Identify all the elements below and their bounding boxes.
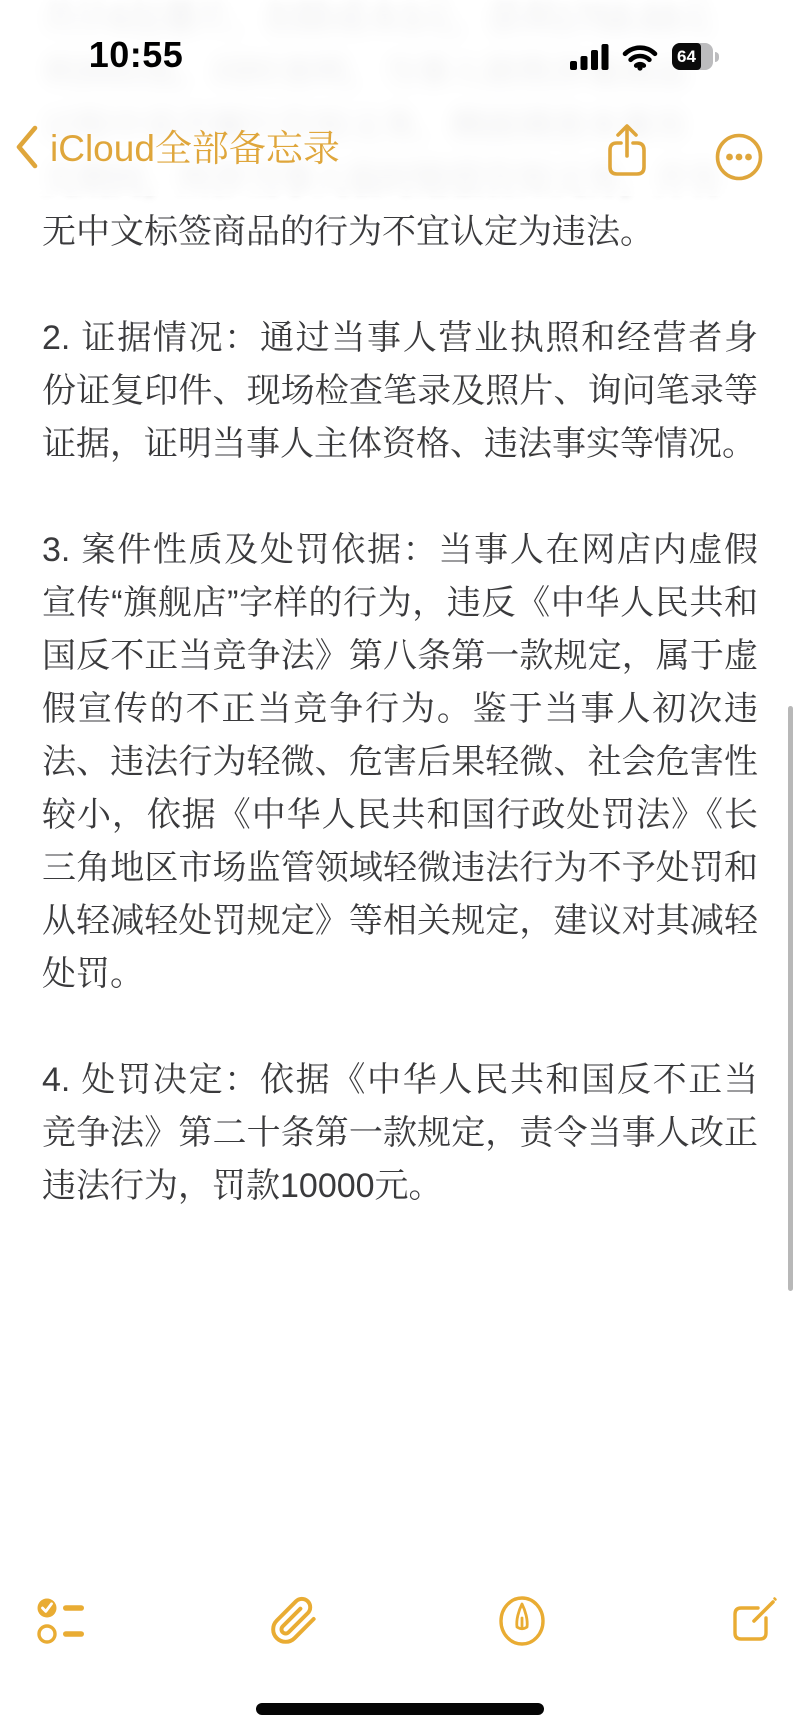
- share-button[interactable]: [604, 122, 650, 185]
- back-chevron-icon: [14, 124, 40, 175]
- back-button[interactable]: iCloud全部备忘录: [14, 120, 340, 178]
- share-icon: [604, 122, 650, 180]
- compose-button[interactable]: [728, 1596, 778, 1646]
- note-paragraph-3: 3. 案件性质及处罚依据：当事人在网店内虚假宣传“旗舰店”字样的行为，违反《中华…: [42, 524, 758, 1001]
- back-button-label: iCloud全部备忘录: [50, 120, 340, 178]
- markup-pen-icon: [497, 1596, 547, 1646]
- cellular-signal-icon: [570, 44, 610, 75]
- note-paragraph-2: 2. 证据情况：通过当事人营业执照和经营者身份证复印件、现场检查笔录及照片、询问…: [42, 312, 758, 471]
- scrollbar[interactable]: [788, 706, 793, 1291]
- more-button[interactable]: [715, 133, 763, 186]
- attachment-button[interactable]: [269, 1596, 319, 1646]
- note-paragraph-4: 4. 处罚决定：依据《中华人民共和国反不正当竞争法》第二十条第一款规定，责令当事…: [42, 1054, 758, 1213]
- checklist-button[interactable]: [36, 1596, 86, 1646]
- wifi-icon: [622, 45, 658, 76]
- paperclip-icon: [269, 1596, 319, 1646]
- notes-app-screen: 共计6包薯片，扣除成本3元，获利1758.69元 利润较低。同时查明，当事人销售…: [0, 0, 800, 1734]
- battery-icon: 64: [672, 43, 722, 70]
- header: 10:55 64: [0, 0, 800, 196]
- note-paragraph-1: 无中文标签商品的行为不宜认定为违法。: [42, 206, 758, 259]
- battery-nub: [715, 52, 719, 62]
- ellipsis-circle-icon: [715, 133, 763, 181]
- status-time: 10:55: [74, 34, 198, 76]
- markup-button[interactable]: [497, 1596, 547, 1646]
- battery-percent: 64: [672, 43, 701, 70]
- checklist-icon: [36, 1596, 86, 1646]
- compose-icon: [728, 1596, 778, 1646]
- home-indicator[interactable]: [256, 1703, 544, 1715]
